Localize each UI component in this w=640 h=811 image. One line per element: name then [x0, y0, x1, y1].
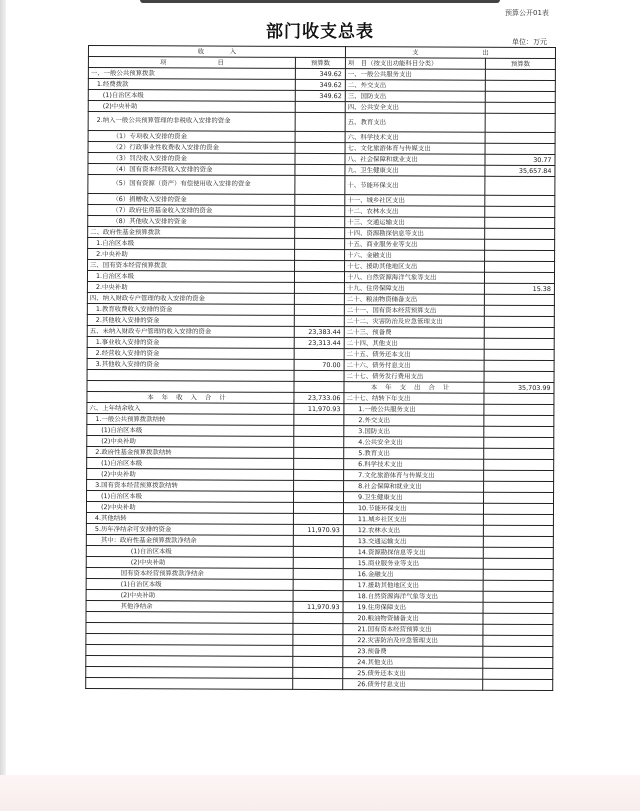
expense-budget-cell: [485, 80, 555, 91]
income-item-cell: （7）政府住房基金收入安排的资金: [88, 205, 295, 217]
expense-budget-cell: [483, 657, 553, 668]
income-item-cell: (2)中央补助: [87, 468, 294, 480]
expense-item-cell: 3.国防支出: [344, 426, 484, 438]
income-budget-cell: 23,383.44: [294, 326, 344, 337]
income-item-header: 项 目: [88, 57, 295, 69]
expense-item-cell: 二十二、灾害防治及应急管理支出: [344, 316, 484, 328]
income-budget-cell: [294, 436, 344, 447]
expense-budget-cell: [485, 143, 555, 154]
income-budget-cell: 70.00: [294, 359, 344, 370]
income-item-cell: 国有资本经营预算拨款净结余: [86, 567, 293, 579]
income-item-cell: （2）行政事业性收费收入安排的资金: [88, 142, 295, 154]
income-item-cell: [86, 611, 293, 623]
income-budget-cell: [293, 546, 343, 557]
income-budget-cell: [293, 568, 343, 579]
income-budget-cell: [295, 131, 345, 142]
expense-item-cell: 二、外交支出: [345, 80, 485, 92]
expense-budget-cell: [484, 492, 554, 503]
income-budget-cell: 349.62: [295, 79, 345, 90]
expense-budget-cell: [483, 602, 553, 613]
expense-budget-cell: [484, 448, 554, 459]
income-item-cell: 2.纳入一般公共预算管理的非税收入安排的资金: [88, 112, 295, 132]
expense-item-cell: 18.自然资源海洋气象等支出: [343, 591, 483, 603]
expense-item-cell: 9.卫生健康支出: [344, 492, 484, 504]
income-budget-cell: [293, 557, 343, 568]
income-budget-cell: [294, 381, 344, 392]
expense-budget-cell: [483, 591, 553, 602]
income-budget-cell: 11,970.93: [294, 403, 344, 414]
expense-budget-cell: [485, 195, 555, 206]
income-budget-cell: [295, 216, 345, 227]
expense-budget-cell: [483, 536, 553, 547]
income-budget-cell: [293, 656, 343, 667]
expense-item-cell: 二十六、债务付息支出: [344, 360, 484, 372]
expense-item-cell: 6.科学技术支出: [344, 459, 484, 471]
expense-item-cell: 16.金融支出: [343, 569, 483, 581]
expense-budget-cell: [484, 393, 554, 404]
income-budget-cell: [295, 101, 345, 112]
income-budget-cell: [295, 238, 345, 249]
expense-item-cell: 十、节能环保支出: [345, 176, 485, 196]
expense-item-cell: 8.社会保障和就业支出: [344, 481, 484, 493]
expense-item-cell: 十九、住房保障支出: [344, 283, 484, 295]
income-item-cell: 1.事业收入安排的资金: [87, 336, 294, 348]
expense-budget-cell: [483, 635, 553, 646]
expense-item-cell: 本年支出合计: [344, 382, 484, 394]
expense-budget-cell: [485, 176, 555, 195]
expense-item-cell: 三、国防支出: [345, 91, 485, 103]
income-budget-cell: [294, 282, 344, 293]
income-item-cell: 六、上年结余收入: [87, 402, 294, 414]
expense-item-cell: 九、卫生健康支出: [345, 165, 485, 177]
expense-item-cell: 二十七、债务发行费用支出: [344, 371, 484, 383]
income-budget-cell: [294, 370, 344, 381]
expense-item-cell: 7.文化旅游体育与传媒支出: [344, 470, 484, 482]
income-item-cell: (1)自治区本级: [87, 457, 294, 469]
expense-item-cell: 23.预备费: [343, 646, 483, 658]
income-budget-cell: 349.62: [295, 90, 345, 101]
income-item-cell: （1）专项收入安排的资金: [88, 131, 295, 143]
expense-item-cell: 19.住房保障支出: [343, 602, 483, 614]
expense-budget-cell: [485, 250, 555, 261]
expense-item-cell: 26.债务付息支出: [343, 679, 483, 691]
expense-budget-cell: [484, 404, 554, 415]
expense-budget-cell: [483, 525, 553, 536]
expense-item-cell: 二十三、预备费: [344, 327, 484, 339]
expense-budget-cell: [484, 272, 554, 283]
expense-budget-cell: [485, 132, 555, 143]
expense-item-cell: 二十五、债务还本支出: [344, 349, 484, 361]
expense-budget-cell: [484, 415, 554, 426]
expense-budget-cell: [484, 294, 554, 305]
expense-budget-cell: [483, 679, 553, 690]
expense-item-cell: 二十一、国有资本经营预算支出: [344, 305, 484, 317]
expense-budget-cell: [484, 459, 554, 470]
income-item-cell: 2.政府性基金预算拨款结转: [87, 446, 294, 458]
income-budget-cell: [293, 634, 343, 645]
income-item-cell: [86, 633, 293, 645]
expense-budget-cell: [484, 470, 554, 481]
income-item-cell: [86, 622, 293, 634]
income-budget-cell: [294, 480, 344, 491]
income-item-cell: （6）捐赠收入安排的资金: [88, 194, 295, 206]
expense-budget-cell: [483, 646, 553, 657]
expense-budget-cell: [484, 316, 554, 327]
expense-budget-cell: [485, 261, 555, 272]
income-item-cell: (2)中央补助: [86, 589, 293, 601]
table-row: 2.纳入一般公共预算管理的非税收入安排的资金五、教育支出: [88, 112, 555, 133]
income-budget-cell: [293, 579, 343, 590]
income-item-cell: 1.自治区本级: [87, 271, 294, 283]
expense-item-cell: 13.交通运输支出: [343, 536, 483, 548]
income-budget-cell: [294, 315, 344, 326]
income-item-cell: 二、政府性基金预算拨款: [88, 227, 295, 239]
income-item-cell: （5）国有资源（资产）有偿使用收入安排的资金: [88, 175, 295, 195]
income-item-cell: 1.自治区本级: [88, 238, 295, 250]
expense-item-cell: 十七、援助其他地区支出: [345, 261, 485, 273]
expense-item-cell: 11.城乡社区支出: [343, 514, 483, 526]
expense-budget-cell: [484, 349, 554, 360]
expense-item-cell: 17.援助其他地区支出: [343, 580, 483, 592]
income-item-cell: (1)自治区本级: [87, 490, 294, 502]
income-item-cell: 5.历年净结余可安排的资金: [86, 523, 293, 535]
income-item-cell: 2.其他收入安排的资金: [87, 314, 294, 326]
table-row: （5）国有资源（资产）有偿使用收入安排的资金十、节能环保支出: [88, 175, 555, 196]
income-budget-header: 预算数: [295, 57, 345, 68]
income-item-cell: 4.其他结转: [86, 512, 293, 524]
income-item-cell: 1.经费拨款: [88, 79, 295, 91]
income-budget-cell: [295, 227, 345, 238]
income-budget-cell: 11,970.93: [293, 601, 343, 612]
income-item-cell: 3.其他收入安排的资金: [87, 358, 294, 370]
expense-budget-cell: 35,703.99: [484, 382, 554, 393]
income-item-cell: 3.国有资本经营预算拨款结转: [87, 479, 294, 491]
income-item-cell: 三、国有资本经营预算拨款: [88, 260, 295, 272]
expense-budget-cell: [483, 558, 553, 569]
expense-item-cell: 10.节能环保支出: [343, 503, 483, 515]
income-budget-cell: [293, 678, 343, 689]
income-item-cell: 本年收入合计: [87, 391, 294, 403]
income-budget-cell: [295, 260, 345, 271]
income-item-cell: 其他净结余: [86, 600, 293, 612]
expense-budget-cell: [485, 91, 555, 102]
expense-budget-cell: [484, 360, 554, 371]
expense-budget-cell: [483, 547, 553, 558]
income-item-cell: [87, 369, 294, 381]
expense-budget-cell: [483, 503, 553, 514]
expense-budget-cell: [485, 239, 555, 250]
income-item-cell: (1)自治区本级: [86, 545, 293, 557]
income-budget-cell: 11,970.93: [293, 524, 343, 535]
income-item-cell: 四、纳入财政专户管理的收入安排的资金: [87, 292, 294, 304]
income-budget-cell: 349.62: [295, 68, 345, 79]
income-item-cell: [86, 644, 293, 656]
expense-item-cell: 22.灾害防治及应急管理支出: [343, 635, 483, 647]
expense-item-cell: 一、一般公共服务支出: [345, 69, 485, 81]
income-item-cell: (2)中央补助: [87, 435, 294, 447]
income-item-cell: [86, 655, 293, 667]
expense-item-cell: 六、科学技术支出: [345, 132, 485, 144]
expense-item-cell: 七、文化旅游体育与传媒支出: [345, 143, 485, 155]
income-budget-cell: [293, 535, 343, 546]
income-budget-cell: [294, 469, 344, 480]
income-item-cell: 2.中央补助: [88, 249, 295, 261]
income-item-cell: (2)中央补助: [88, 101, 295, 113]
expense-item-cell: 20.粮油物资储备支出: [343, 613, 483, 625]
income-budget-cell: 23,733.06: [294, 392, 344, 403]
expense-item-cell: 25.债务还本支出: [343, 668, 483, 680]
expense-item-cell: 十二、农林水支出: [345, 206, 485, 218]
income-item-cell: (1)自治区本级: [86, 578, 293, 590]
expense-budget-cell: [485, 228, 555, 239]
income-item-cell: 其中：政府性基金预算拨款净结余: [86, 534, 293, 546]
income-budget-cell: [295, 205, 345, 216]
income-budget-cell: [293, 645, 343, 656]
expense-budget-cell: [483, 569, 553, 580]
expense-item-cell: 十一、城乡社区支出: [345, 195, 485, 207]
expense-item-cell: 5.教育支出: [344, 448, 484, 460]
expense-item-cell: 21.国有资本经营预算支出: [343, 624, 483, 636]
expense-budget-cell: 30.77: [485, 154, 555, 165]
expense-item-cell: 四、公共安全支出: [345, 102, 485, 114]
income-budget-cell: [295, 175, 345, 194]
income-item-cell: 2.经营收入安排的资金: [87, 347, 294, 359]
income-budget-cell: [293, 502, 343, 513]
expense-item-cell: 1.一般公共服务支出: [344, 404, 484, 416]
income-item-cell: [86, 677, 293, 689]
expense-item-cell: 十三、交通运输支出: [345, 217, 485, 229]
expense-item-cell: 十四、资源勘探信息等支出: [345, 228, 485, 240]
expense-item-cell: 八、社会保障和就业支出: [345, 154, 485, 166]
unit-label: 单位：万元: [512, 37, 547, 47]
expense-item-cell: 二十、粮油物资储备支出: [344, 294, 484, 306]
expense-budget-cell: 35,657.84: [485, 165, 555, 176]
income-budget-cell: [294, 304, 344, 315]
income-budget-cell: [295, 194, 345, 205]
income-item-cell: 2.中央补助: [87, 281, 294, 293]
expense-budget-cell: [484, 426, 554, 437]
income-budget-cell: [294, 491, 344, 502]
income-item-cell: (2)中央补助: [86, 501, 293, 513]
expense-budget-cell: [484, 338, 554, 349]
income-budget-cell: [293, 667, 343, 678]
scan-top-shadow: [140, 0, 500, 3]
income-budget-cell: [293, 590, 343, 601]
income-budget-cell: [294, 458, 344, 469]
income-budget-cell: [294, 293, 344, 304]
page-edge-shadow: [0, 0, 6, 811]
expense-item-cell: 十六、金融支出: [345, 250, 485, 262]
expense-budget-cell: 15.38: [484, 283, 554, 294]
income-budget-cell: [295, 153, 345, 164]
expense-item-cell: 二十七、结转下年支出: [344, 393, 484, 405]
page-bottom-margin: [0, 775, 640, 811]
revenue-expenditure-table: 收 入 支 出 项 目 预算数 项 目（按支出功能科目分类） 预算数 一、一般公…: [85, 45, 556, 691]
expense-item-header: 项 目（按支出功能科目分类）: [345, 58, 485, 70]
income-item-cell: (1)自治区本级: [87, 424, 294, 436]
income-item-cell: 1.一般公共预算拨款结转: [87, 413, 294, 425]
expense-budget-cell: [484, 437, 554, 448]
expense-item-cell: 4.公共安全支出: [344, 437, 484, 449]
income-budget-cell: [293, 513, 343, 524]
income-item-cell: (1)自治区本级: [88, 90, 295, 102]
expense-item-cell: 十五、商业服务业等支出: [345, 239, 485, 251]
income-budget-cell: [294, 425, 344, 436]
expense-budget-cell: [485, 102, 555, 113]
expense-item-cell: 2.外交支出: [344, 415, 484, 427]
income-budget-cell: [294, 348, 344, 359]
expense-item-cell: 十八、自然资源海洋气象等支出: [344, 272, 484, 284]
income-budget-cell: [295, 249, 345, 260]
income-budget-cell: [294, 271, 344, 282]
expense-budget-cell: [485, 113, 555, 132]
expense-item-cell: 五、教育支出: [345, 113, 485, 133]
expense-budget-cell: [485, 217, 555, 228]
table-body: 一、一般公共预算拨款349.62一、一般公共服务支出1.经费拨款349.62二、…: [86, 68, 556, 691]
income-item-cell: 1.教育收费收入安排的资金: [87, 303, 294, 315]
income-item-cell: [86, 666, 293, 678]
expense-budget-cell: [485, 206, 555, 217]
expense-item-cell: 24.其他支出: [343, 657, 483, 669]
expense-budget-cell: [483, 514, 553, 525]
table-row: 26.债务付息支出: [86, 677, 553, 690]
expense-budget-cell: [484, 327, 554, 338]
income-item-cell: （4）国有资本经营收入安排的资金: [88, 164, 295, 176]
expense-item-cell: 14.资源勘探信息等支出: [343, 547, 483, 559]
income-item-cell: [87, 380, 294, 392]
expense-budget-cell: [483, 668, 553, 679]
income-budget-cell: [294, 447, 344, 458]
expense-item-cell: 二十四、其他支出: [344, 338, 484, 350]
expense-item-cell: 15.商业服务业等支出: [343, 558, 483, 570]
expense-budget-cell: [483, 613, 553, 624]
expense-budget-cell: [485, 69, 555, 80]
income-item-cell: 五、未纳入财政专户管理的收入安排的资金: [87, 325, 294, 337]
income-budget-cell: 23,313.44: [294, 337, 344, 348]
income-budget-cell: [294, 414, 344, 425]
income-item-cell: （3）罚没收入安排的资金: [88, 153, 295, 165]
expense-budget-cell: [484, 481, 554, 492]
expense-budget-header: 预算数: [485, 58, 555, 69]
income-item-cell: 一、一般公共预算拨款: [88, 68, 295, 80]
income-item-cell: （8）其他收入安排的资金: [88, 216, 295, 228]
income-budget-cell: [295, 142, 345, 153]
income-budget-cell: [293, 612, 343, 623]
income-budget-cell: [295, 164, 345, 175]
expense-group-header: 支 出: [345, 47, 555, 59]
income-budget-cell: [295, 112, 345, 131]
expense-budget-cell: [484, 371, 554, 382]
income-item-cell: (2)中央补助: [86, 556, 293, 568]
expense-item-cell: 12.农林水支出: [343, 525, 483, 537]
expense-budget-cell: [483, 624, 553, 635]
expense-budget-cell: [483, 580, 553, 591]
expense-budget-cell: [484, 305, 554, 316]
income-budget-cell: [293, 623, 343, 634]
